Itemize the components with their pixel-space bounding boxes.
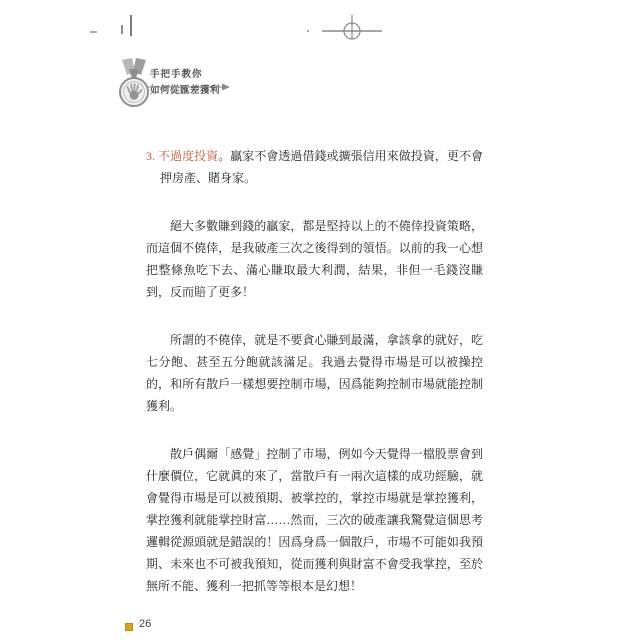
crop-mark-tick-short [121, 25, 123, 34]
section-heading: 3. 不過度投資。贏家不會透過借錢或擴張信用來做投資，更不會押房產、賭身家。 [146, 145, 483, 189]
page-number: 26 [139, 616, 151, 632]
paragraph: 絕大多數賺到錢的贏家，都是堅持以上的不僥倖投資策略，而這個不僥倖，是我破產三次之… [146, 215, 483, 303]
crop-mark-dash [90, 31, 97, 33]
arrow-right-icon [148, 82, 230, 92]
paragraph: 所謂的不僥倖，就是不要貪心賺到最滿，拿該拿的就好，吃七分飽、甚至五分飽就該滿足。… [146, 329, 483, 417]
paragraph: 散戶偶爾「感覺」控制了市場，例如今天覺得一檔股票會到什麼價位，它就眞的來了，當散… [146, 443, 483, 597]
section-heading-title: 3. 不過度投資 [146, 149, 218, 163]
book-page: 手把手教你 如何從匯差獲利 3. 不過度投資。贏家不會透過借錢或擴張信用來做投資… [0, 0, 640, 640]
series-title-line1: 手把手教你 [150, 69, 220, 82]
crop-mark-tick-tall [130, 15, 132, 36]
series-logo: 手把手教你 如何從匯差獲利 [116, 58, 246, 118]
registration-mark-icon [304, 13, 392, 43]
body-text: 3. 不過度投資。贏家不會透過借錢或擴張信用來做投資，更不會押房產、賭身家。 絕… [146, 145, 483, 597]
page-number-marker [125, 623, 133, 631]
